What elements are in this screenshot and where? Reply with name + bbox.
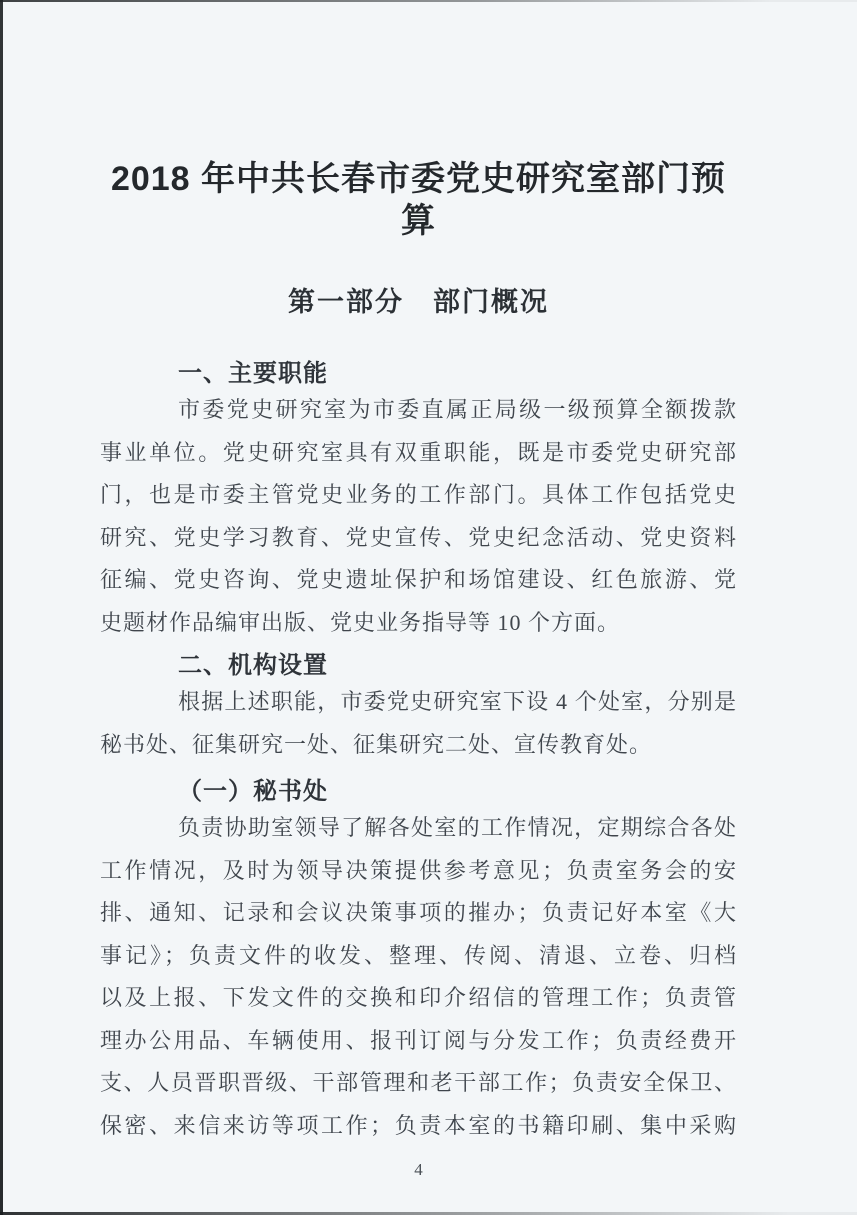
page-number: 4 <box>100 1155 737 1185</box>
document-title: 2018 年中共长春市委党史研究室部门预算 <box>100 158 737 242</box>
paragraph-secretariat: 负责协助室领导了解各处室的工作情况，定期综合各处 工作情况，及时为领导决策提供参… <box>100 807 737 1147</box>
body-line: 排、通知、记录和会议决策事项的摧办；负责记好本室《大 <box>100 892 737 935</box>
section-heading-main-functions: 一、主要职能 <box>100 358 737 389</box>
body-line: 事业单位。党史研究室具有双重职能，既是市委党史研究部 <box>100 432 737 475</box>
body-line: 保密、来信来访等项工作；负责本室的书籍印刷、集中采购 <box>100 1105 737 1148</box>
document-content: 2018 年中共长春市委党史研究室部门预算 第一部分 部门概况 一、主要职能 市… <box>100 0 737 1185</box>
body-line: 理办公用品、车辆使用、报刊订阅与分发工作；负责经费开 <box>100 1020 737 1063</box>
body-line: 支、人员晋职晋级、干部管理和老干部工作；负责安全保卫、 <box>100 1062 737 1105</box>
part-heading: 第一部分 部门概况 <box>100 286 737 318</box>
body-line: 事记》；负责文件的收发、整理、传阅、清退、立卷、归档 <box>100 935 737 978</box>
scan-edge-left <box>0 0 3 1215</box>
body-line: 根据上述职能，市委党史研究室下设 4 个处室，分别是 <box>100 681 737 724</box>
section-heading-organization: 二、机构设置 <box>100 650 737 681</box>
subsection-heading-secretariat: （一）秘书处 <box>100 776 737 807</box>
body-line: 负责协助室领导了解各处室的工作情况，定期综合各处 <box>100 807 737 850</box>
paragraph-main-functions: 市委党史研究室为市委直属正局级一级预算全额拨款 事业单位。党史研究室具有双重职能… <box>100 389 737 644</box>
body-line: 工作情况，及时为领导决策提供参考意见；负责室务会的安 <box>100 850 737 893</box>
body-line: 史题材作品编审出版、党史业务指导等 10 个方面。 <box>100 602 737 645</box>
body-line: 研究、党史学习教育、党史宣传、党史纪念活动、党史资料 <box>100 517 737 560</box>
body-line: 以及上报、下发文件的交换和印介绍信的管理工作；负责管 <box>100 977 737 1020</box>
scanned-document-page: 2018 年中共长春市委党史研究室部门预算 第一部分 部门概况 一、主要职能 市… <box>0 0 857 1215</box>
body-line: 市委党史研究室为市委直属正局级一级预算全额拨款 <box>100 389 737 432</box>
body-line: 秘书处、征集研究一处、征集研究二处、宣传教育处。 <box>100 724 737 767</box>
body-line: 门，也是市委主管党史业务的工作部门。具体工作包括党史 <box>100 474 737 517</box>
paragraph-organization: 根据上述职能，市委党史研究室下设 4 个处室，分别是 秘书处、征集研究一处、征集… <box>100 681 737 766</box>
body-line: 征编、党史咨询、党史遗址保护和场馆建设、红色旅游、党 <box>100 559 737 602</box>
